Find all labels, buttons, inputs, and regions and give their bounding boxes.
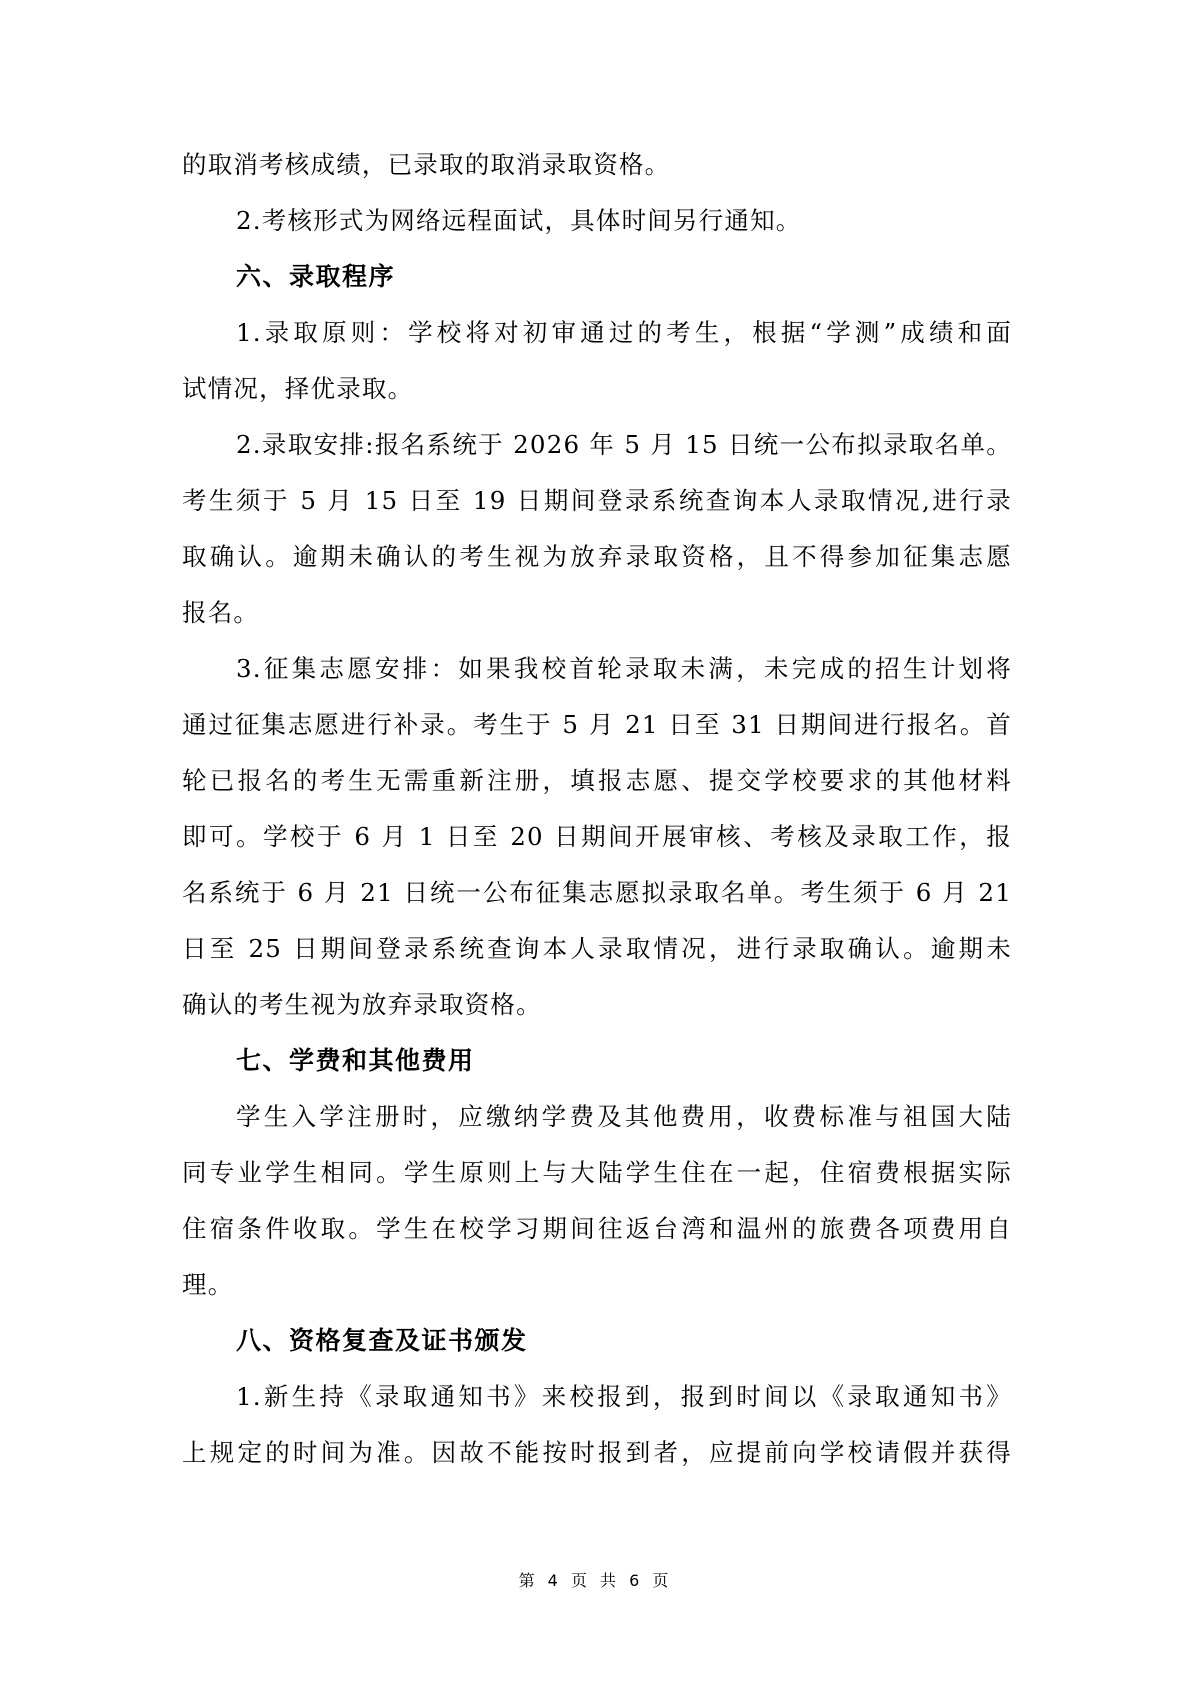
paragraph-line: 3.征集志愿安排：如果我校首轮录取未满，未完成的招生计划将 [236,653,1012,685]
paragraph-line: 报名。 [182,597,1012,629]
paragraph-line: 考生须于 5 月 15 日至 19 日期间登录系统查询本人录取情况,进行录 [182,485,1012,517]
paragraph-line: 同专业学生相同。学生原则上与大陆学生住在一起，住宿费根据实际 [182,1157,1012,1189]
paragraph-line: 2.录取安排:报名系统于 2026 年 5 月 15 日统一公布拟录取名单。 [236,429,1012,461]
paragraph-line: 试情况，择优录取。 [182,373,1012,405]
document-page: 的取消考核成绩，已录取的取消录取资格。2.考核形式为网络远程面试，具体时间另行通… [0,0,1191,1684]
paragraph-line: 名系统于 6 月 21 日统一公布征集志愿拟录取名单。考生须于 6 月 21 [182,877,1012,909]
paragraph-line: 上规定的时间为准。因故不能按时报到者，应提前向学校请假并获得 [182,1437,1012,1469]
page-number-footer: 第 4 页 共 6 页 [0,1570,1191,1592]
paragraph-line: 1.录取原则：学校将对初审通过的考生，根据“学测”成绩和面 [236,317,1012,349]
paragraph-line: 确认的考生视为放弃录取资格。 [182,989,1012,1021]
section-heading: 八、资格复查及证书颁发 [236,1325,528,1357]
paragraph-line: 通过征集志愿进行补录。考生于 5 月 21 日至 31 日期间进行报名。首 [182,709,1012,741]
paragraph-line: 理。 [182,1269,1012,1301]
section-heading: 七、学费和其他费用 [236,1045,475,1077]
paragraph-line: 1.新生持《录取通知书》来校报到，报到时间以《录取通知书》 [236,1381,1012,1413]
paragraph-line: 学生入学注册时，应缴纳学费及其他费用，收费标准与祖国大陆 [236,1101,1012,1133]
paragraph-line: 即可。学校于 6 月 1 日至 20 日期间开展审核、考核及录取工作，报 [182,821,1012,853]
paragraph-line: 轮已报名的考生无需重新注册，填报志愿、提交学校要求的其他材料 [182,765,1012,797]
paragraph-line: 的取消考核成绩，已录取的取消录取资格。 [182,149,1012,181]
section-heading: 六、录取程序 [236,261,395,293]
paragraph-line: 取确认。逾期未确认的考生视为放弃录取资格，且不得参加征集志愿 [182,541,1012,573]
paragraph-line: 住宿条件收取。学生在校学习期间往返台湾和温州的旅费各项费用自 [182,1213,1012,1245]
paragraph-line: 2.考核形式为网络远程面试，具体时间另行通知。 [236,205,1012,237]
paragraph-line: 日至 25 日期间登录系统查询本人录取情况，进行录取确认。逾期未 [182,933,1012,965]
